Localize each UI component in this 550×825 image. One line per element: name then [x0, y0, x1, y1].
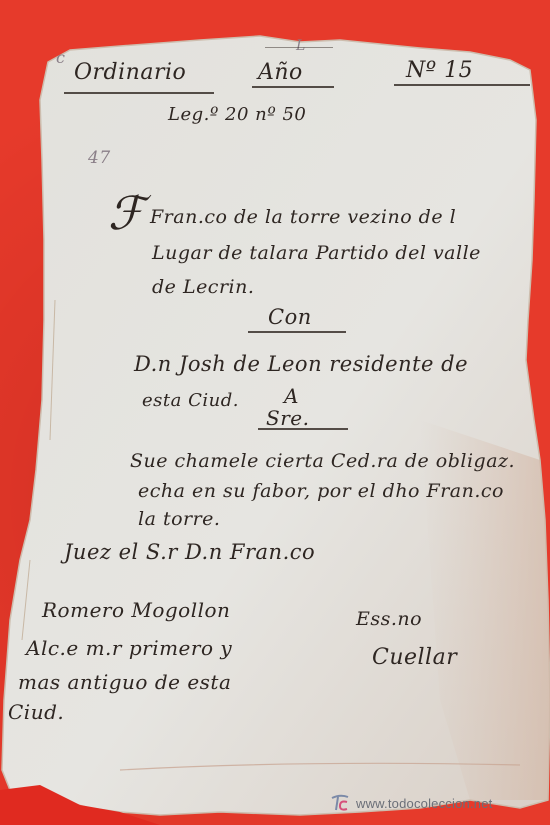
- header-rule-right: [394, 84, 530, 86]
- tc-logo-icon: [330, 794, 350, 812]
- watermark: www.todocoleccion.net: [330, 794, 492, 812]
- con-label: Con: [268, 305, 312, 329]
- header-rule-middle: [252, 86, 334, 88]
- judge-line-1: Juez el S.r D.n Fran.co: [64, 540, 315, 564]
- subject-line-3: la torre.: [138, 508, 220, 530]
- defendant-line-2: esta Ciud.: [142, 390, 239, 411]
- judge-line-5: Ciud.: [8, 700, 64, 724]
- header-rule-left: [64, 92, 214, 94]
- decorative-initial-f: ℱ: [108, 190, 144, 236]
- header-ordinario: Ordinario: [74, 60, 186, 85]
- corner-mark: c: [56, 48, 65, 67]
- plaintiff-line-1: Fran.co de la torre vezino de l: [150, 206, 456, 228]
- subject-line-1: Sue chamele cierta Ced.ra de obligaz.: [130, 450, 515, 472]
- plaintiff-line-2: Lugar de talara Partido del valle: [152, 242, 481, 264]
- header-ano: Año: [258, 60, 303, 85]
- header-number: Nº 15: [406, 58, 473, 83]
- header-above-ano: L: [296, 38, 306, 54]
- judge-line-4: mas antiguo de esta: [18, 670, 231, 694]
- judge-line-3: Alc.e m.r primero y: [26, 636, 232, 660]
- defendant-line-3: A: [284, 384, 299, 408]
- header-rule-top: [265, 47, 333, 48]
- legajo-reference: Leg.º 20 nº 50: [168, 104, 306, 125]
- plaintiff-line-3: de Lecrin.: [152, 276, 254, 298]
- sre-label: Sre.: [266, 406, 309, 430]
- manuscript-page: c Ordinario L Año Nº 15 Leg.º 20 nº 50 4…: [0, 0, 550, 825]
- sre-underline: [258, 428, 348, 430]
- con-underline: [248, 331, 346, 333]
- folio-number: 47: [88, 148, 111, 168]
- notary-name: Cuellar: [372, 645, 457, 670]
- subject-line-2: echa en su fabor, por el dho Fran.co: [138, 480, 504, 502]
- defendant-line-1: D.n Josh de Leon residente de: [134, 352, 468, 376]
- watermark-text: www.todocoleccion.net: [356, 796, 492, 811]
- notary-title: Ess.no: [356, 608, 422, 630]
- judge-line-2: Romero Mogollon: [42, 598, 230, 622]
